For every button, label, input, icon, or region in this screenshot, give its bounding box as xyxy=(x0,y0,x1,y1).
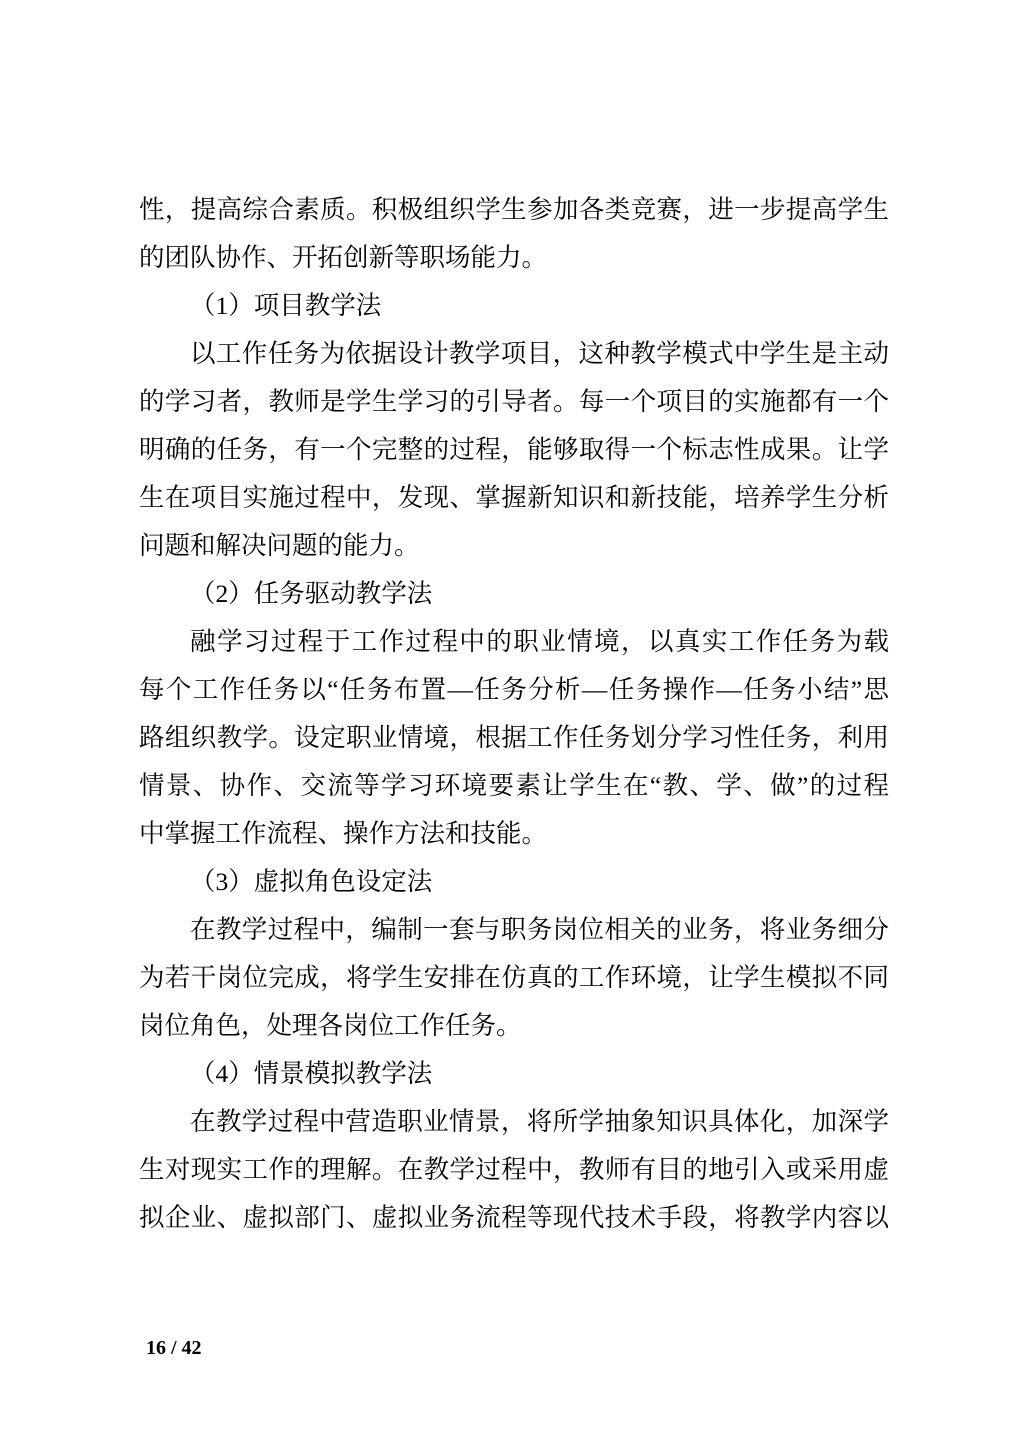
text-line: 情景、协作、交流等学习环境要素让学生在“教、学、做”的过程 xyxy=(139,762,889,810)
text-line: 生对现实工作的理解。在教学过程中，教师有目的地引入或采用虚 xyxy=(139,1146,889,1194)
document-body: 性，提高综合素质。积极组织学生参加各类竞赛，进一步提高学生的团队协作、开拓创新等… xyxy=(139,186,889,1242)
text-line: 生在项目实施过程中，发现、掌握新知识和新技能，培养学生分析 xyxy=(139,474,889,522)
text-line: 以工作任务为依据设计教学项目，这种教学模式中学生是主动 xyxy=(139,330,889,378)
text-line: 每个工作任务以“任务布置—任务分析—任务操作—任务小结”思 xyxy=(139,666,889,714)
text-line: 在教学过程中，编制一套与职务岗位相关的业务，将业务细分 xyxy=(139,906,889,954)
text-line: 的团队协作、开拓创新等职场能力。 xyxy=(139,234,889,282)
text-line: 问题和解决问题的能力。 xyxy=(139,522,889,570)
text-line: 性，提高综合素质。积极组织学生参加各类竞赛，进一步提高学生 xyxy=(139,186,889,234)
text-line: 明确的任务，有一个完整的过程，能够取得一个标志性成果。让学 xyxy=(139,426,889,474)
text-line: （3）虚拟角色设定法 xyxy=(139,858,889,906)
page-number: 16 / 42 xyxy=(146,1336,202,1360)
text-line: （4）情景模拟教学法 xyxy=(139,1050,889,1098)
text-line: 为若干岗位完成，将学生安排在仿真的工作环境，让学生模拟不同 xyxy=(139,954,889,1002)
document-page: 性，提高综合素质。积极组织学生参加各类竞赛，进一步提高学生的团队协作、开拓创新等… xyxy=(0,0,1024,1448)
text-line: （2）任务驱动教学法 xyxy=(139,570,889,618)
text-line: 路组织教学。设定职业情境，根据工作任务划分学习性任务，利用 xyxy=(139,714,889,762)
text-line: 拟企业、虚拟部门、虚拟业务流程等现代技术手段，将教学内容以 xyxy=(139,1194,889,1242)
text-line: （1）项目教学法 xyxy=(139,282,889,330)
text-line: 的学习者，教师是学生学习的引导者。每一个项目的实施都有一个 xyxy=(139,378,889,426)
text-line: 中掌握工作流程、操作方法和技能。 xyxy=(139,810,889,858)
text-line: 在教学过程中营造职业情景，将所学抽象知识具体化，加深学 xyxy=(139,1098,889,1146)
text-line: 融学习过程于工作过程中的职业情境，以真实工作任务为载体， xyxy=(139,618,889,666)
text-line: 岗位角色，处理各岗位工作任务。 xyxy=(139,1002,889,1050)
